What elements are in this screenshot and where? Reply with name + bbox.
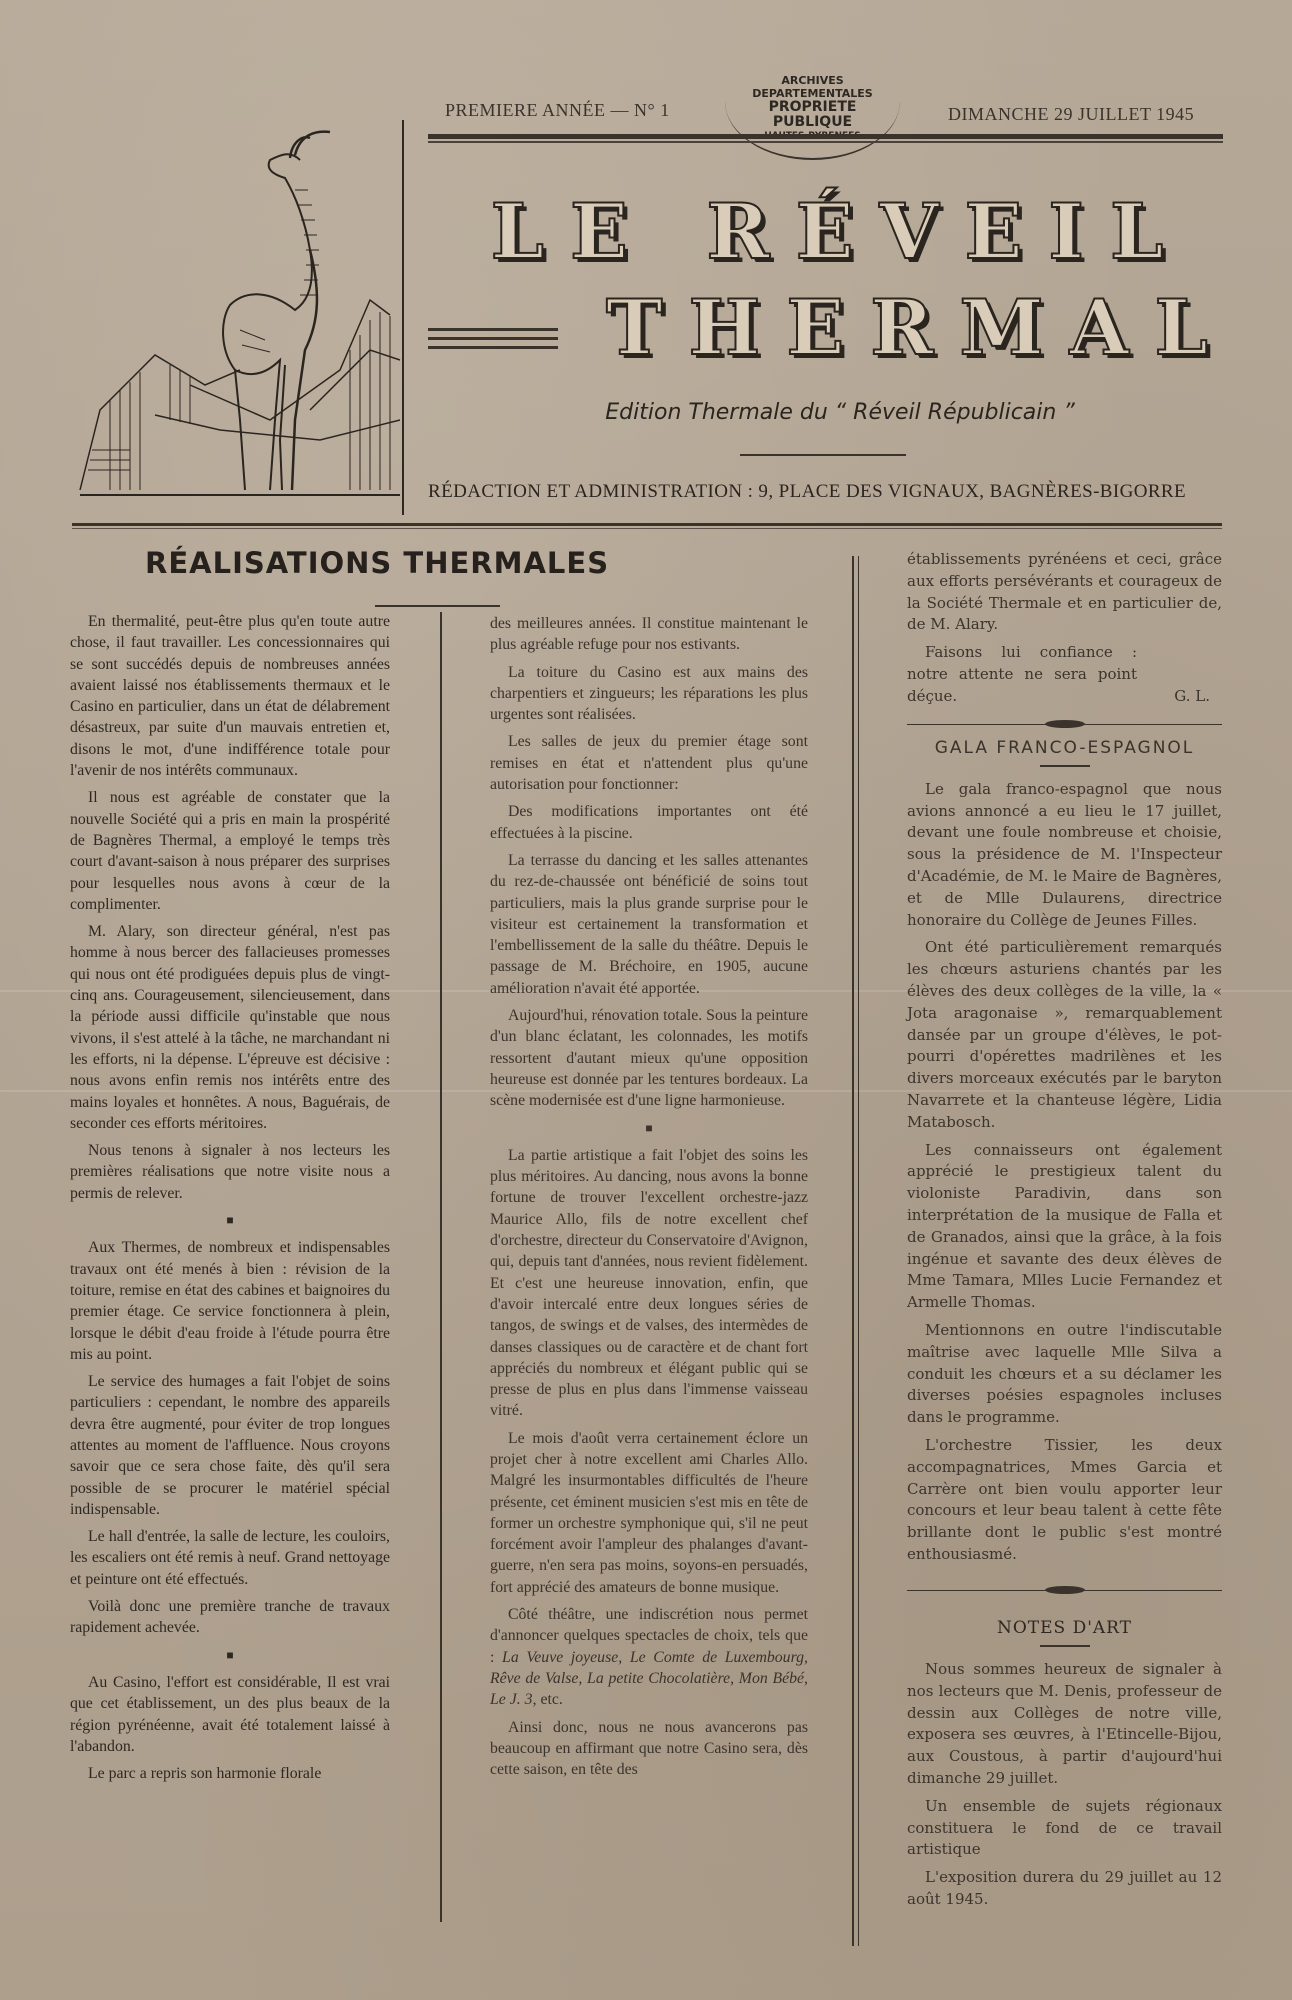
paragraph: L'orchestre Tissier, les deux accompagna…	[907, 1435, 1222, 1566]
title-line2: THERMAL	[440, 286, 1240, 370]
illustration-border	[402, 120, 404, 515]
masthead-title: LE RÉVEIL THERMAL	[440, 190, 1240, 370]
paragraph: Nous tenons à signaler à nos lecteurs le…	[70, 1140, 390, 1204]
paragraph: L'exposition durera du 29 juillet au 12 …	[907, 1867, 1222, 1911]
stamp-line2: PUBLIQUE	[725, 115, 900, 130]
gala-headline: GALA FRANCO-ESPAGNOL	[907, 738, 1222, 759]
main-headline: RÉALISATIONS THERMALES	[145, 546, 609, 580]
masthead-address: RÉDACTION ET ADMINISTRATION : 9, PLACE D…	[428, 481, 1228, 503]
art-headline-rule	[1040, 1645, 1090, 1647]
title-line1: LE RÉVEIL	[440, 190, 1240, 274]
paragraph: Ainsi donc, nous ne nous avancerons pas …	[490, 1717, 808, 1781]
masthead-subtitle: Edition Thermale du “ Réveil Républicain…	[440, 400, 1240, 425]
paragraph: Aux Thermes, de nombreux et indispensabl…	[70, 1237, 390, 1365]
paragraph: établissements pyrénéens et ceci, grâce …	[907, 549, 1222, 636]
section-separator: ■	[70, 1645, 390, 1666]
section-separator: ■	[490, 1118, 808, 1139]
title-decorative-lines	[428, 328, 558, 355]
chamois-icon	[70, 120, 415, 520]
column-3: établissements pyrénéens et ceci, grâce …	[907, 549, 1222, 1917]
ornamental-divider	[907, 1584, 1222, 1598]
stamp-line1: PROPRIETE	[725, 100, 900, 115]
header-rule-thin	[428, 141, 1223, 143]
closing-paragraph: Faisons lui confiance : notre attente ne…	[907, 642, 1222, 707]
paragraph: Les salles de jeux du premier étage sont…	[490, 731, 808, 795]
paragraph: En thermalité, peut-être plus qu'en tout…	[70, 611, 390, 781]
article-signature: G. L.	[1156, 686, 1210, 708]
paragraph: M. Alary, son directeur général, n'est p…	[70, 921, 390, 1134]
paragraph: Aujourd'hui, rénovation totale. Sous la …	[490, 1005, 808, 1111]
masthead-bottom-rule-thin	[72, 528, 1222, 529]
paragraph: La partie artistique a fait l'objet des …	[490, 1145, 808, 1422]
theatre-outro: , etc.	[533, 1691, 563, 1708]
paragraph: Le mois d'août verra certainement éclore…	[490, 1428, 808, 1598]
stamp-top: ARCHIVES DEPARTEMENTALES	[725, 74, 900, 100]
paragraph: La terrasse du dancing et les salles att…	[490, 850, 808, 999]
column-divider-thin	[858, 556, 859, 1946]
masthead-bottom-rule	[72, 523, 1222, 526]
paragraph: Le gala franco-espagnol que nous avions …	[907, 779, 1222, 932]
gala-headline-rule	[1040, 765, 1090, 767]
issue-number: PREMIERE ANNÉE — N° 1	[445, 100, 670, 121]
section-separator: ■	[70, 1210, 390, 1231]
column-divider	[440, 612, 442, 1922]
paragraph: Un ensemble de sujets régionaux constitu…	[907, 1796, 1222, 1861]
art-notes-headline: NOTES D'ART	[907, 1618, 1222, 1639]
column-1: En thermalité, peut-être plus qu'en tout…	[70, 611, 390, 1790]
paragraph: Le service des humages a fait l'objet de…	[70, 1371, 390, 1520]
chamois-illustration	[70, 120, 415, 520]
headline-rule	[375, 605, 500, 607]
paragraph: Les connaisseurs ont également apprécié …	[907, 1140, 1222, 1314]
theatre-paragraph: Côté théâtre, une indiscrétion nous perm…	[490, 1604, 808, 1710]
subtitle-rule	[740, 454, 906, 456]
paragraph: Il nous est agréable de constater que la…	[70, 787, 390, 915]
paragraph: des meilleures années. Il constitue main…	[490, 613, 808, 656]
header-rule	[428, 134, 1223, 139]
paragraph: Mentionnons en outre l'indiscutable maît…	[907, 1320, 1222, 1429]
paragraph: Le parc a repris son harmonie florale	[70, 1763, 390, 1784]
paragraph: Ont été particulièrement remarqués les c…	[907, 937, 1222, 1133]
closing-text: Faisons lui confiance : notre attente ne…	[907, 642, 1137, 707]
paragraph: Au Casino, l'effort est considérable, Il…	[70, 1672, 390, 1757]
paragraph: Des modifications importantes ont été ef…	[490, 801, 808, 844]
column-2: des meilleures années. Il constitue main…	[490, 613, 808, 1786]
paragraph: La toiture du Casino est aux mains des c…	[490, 662, 808, 726]
column-divider	[852, 556, 854, 1946]
issue-date: DIMANCHE 29 JUILLET 1945	[948, 104, 1194, 125]
paragraph: Nous sommes heureux de signaler à nos le…	[907, 1659, 1222, 1790]
paragraph: Le hall d'entrée, la salle de lecture, l…	[70, 1526, 390, 1590]
ornamental-divider	[907, 718, 1222, 732]
paragraph: Voilà donc une première tranche de trava…	[70, 1596, 390, 1639]
